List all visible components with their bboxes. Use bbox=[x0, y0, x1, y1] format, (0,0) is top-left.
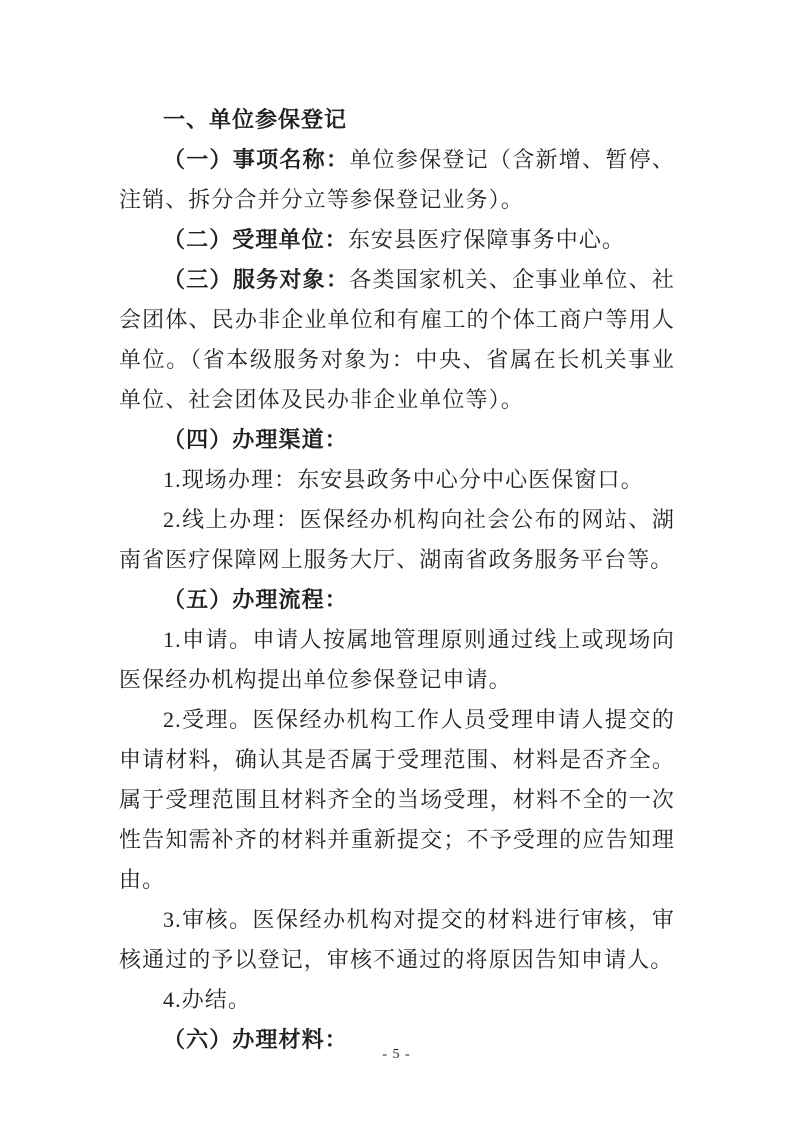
paragraph-step-review: 3.审核。医保经办机构对提交的材料进行审核，审核通过的予以登记，审核不通过的将原… bbox=[119, 900, 675, 980]
paragraph-text: 1.现场办理：东安县政务中心分中心医保窗口。 bbox=[163, 467, 644, 492]
item-label: （一）事项名称： bbox=[163, 147, 349, 172]
paragraph-step-accept: 2.受理。医保经办机构工作人员受理申请人提交的申请材料，确认其是否属于受理范围、… bbox=[119, 700, 675, 900]
item-label: （三）服务对象： bbox=[163, 267, 349, 292]
paragraph-channel-onsite: 1.现场办理：东安县政务中心分中心医保窗口。 bbox=[119, 460, 675, 500]
paragraph-text: 3.审核。医保经办机构对提交的材料进行审核，审核通过的予以登记，审核不通过的将原… bbox=[119, 907, 675, 972]
item-label: （四）办理渠道： bbox=[163, 427, 348, 452]
paragraph-channel-online: 2.线上办理：医保经办机构向社会公布的网站、湖南省医疗保障网上服务大厅、湖南省政… bbox=[119, 500, 675, 580]
paragraph-service-target: （三）服务对象：各类国家机关、企事业单位、社会团体、民办非企业单位和有雇工的个体… bbox=[119, 260, 675, 420]
section-heading: 一、单位参保登记 bbox=[119, 100, 675, 140]
paragraph-item-name: （一）事项名称：单位参保登记（含新增、暂停、注销、拆分合并分立等参保登记业务）。 bbox=[119, 140, 675, 220]
document-page: 一、单位参保登记 （一）事项名称：单位参保登记（含新增、暂停、注销、拆分合并分立… bbox=[0, 0, 793, 1122]
paragraph-accepting-unit: （二）受理单位：东安县医疗保障事务中心。 bbox=[119, 220, 675, 260]
paragraph-text: 2.线上办理：医保经办机构向社会公布的网站、湖南省医疗保障网上服务大厅、湖南省政… bbox=[119, 507, 675, 572]
document-content: 一、单位参保登记 （一）事项名称：单位参保登记（含新增、暂停、注销、拆分合并分立… bbox=[119, 100, 675, 1060]
paragraph-step-apply: 1.申请。申请人按属地管理原则通过线上或现场向医保经办机构提出单位参保登记申请。 bbox=[119, 620, 675, 700]
paragraph-step-complete: 4.办结。 bbox=[119, 980, 675, 1020]
item-label: （二）受理单位： bbox=[163, 227, 348, 252]
item-label: （五）办理流程： bbox=[163, 587, 348, 612]
paragraph-text: 1.申请。申请人按属地管理原则通过线上或现场向医保经办机构提出单位参保登记申请。 bbox=[119, 627, 675, 692]
paragraph-text: 4.办结。 bbox=[163, 987, 251, 1012]
paragraph-text: 2.受理。医保经办机构工作人员受理申请人提交的申请材料，确认其是否属于受理范围、… bbox=[119, 707, 675, 892]
page-number: - 5 - bbox=[0, 1047, 793, 1063]
paragraph-text: 东安县医疗保障事务中心。 bbox=[348, 227, 625, 252]
paragraph-channels: （四）办理渠道： bbox=[119, 420, 675, 460]
paragraph-process: （五）办理流程： bbox=[119, 580, 675, 620]
